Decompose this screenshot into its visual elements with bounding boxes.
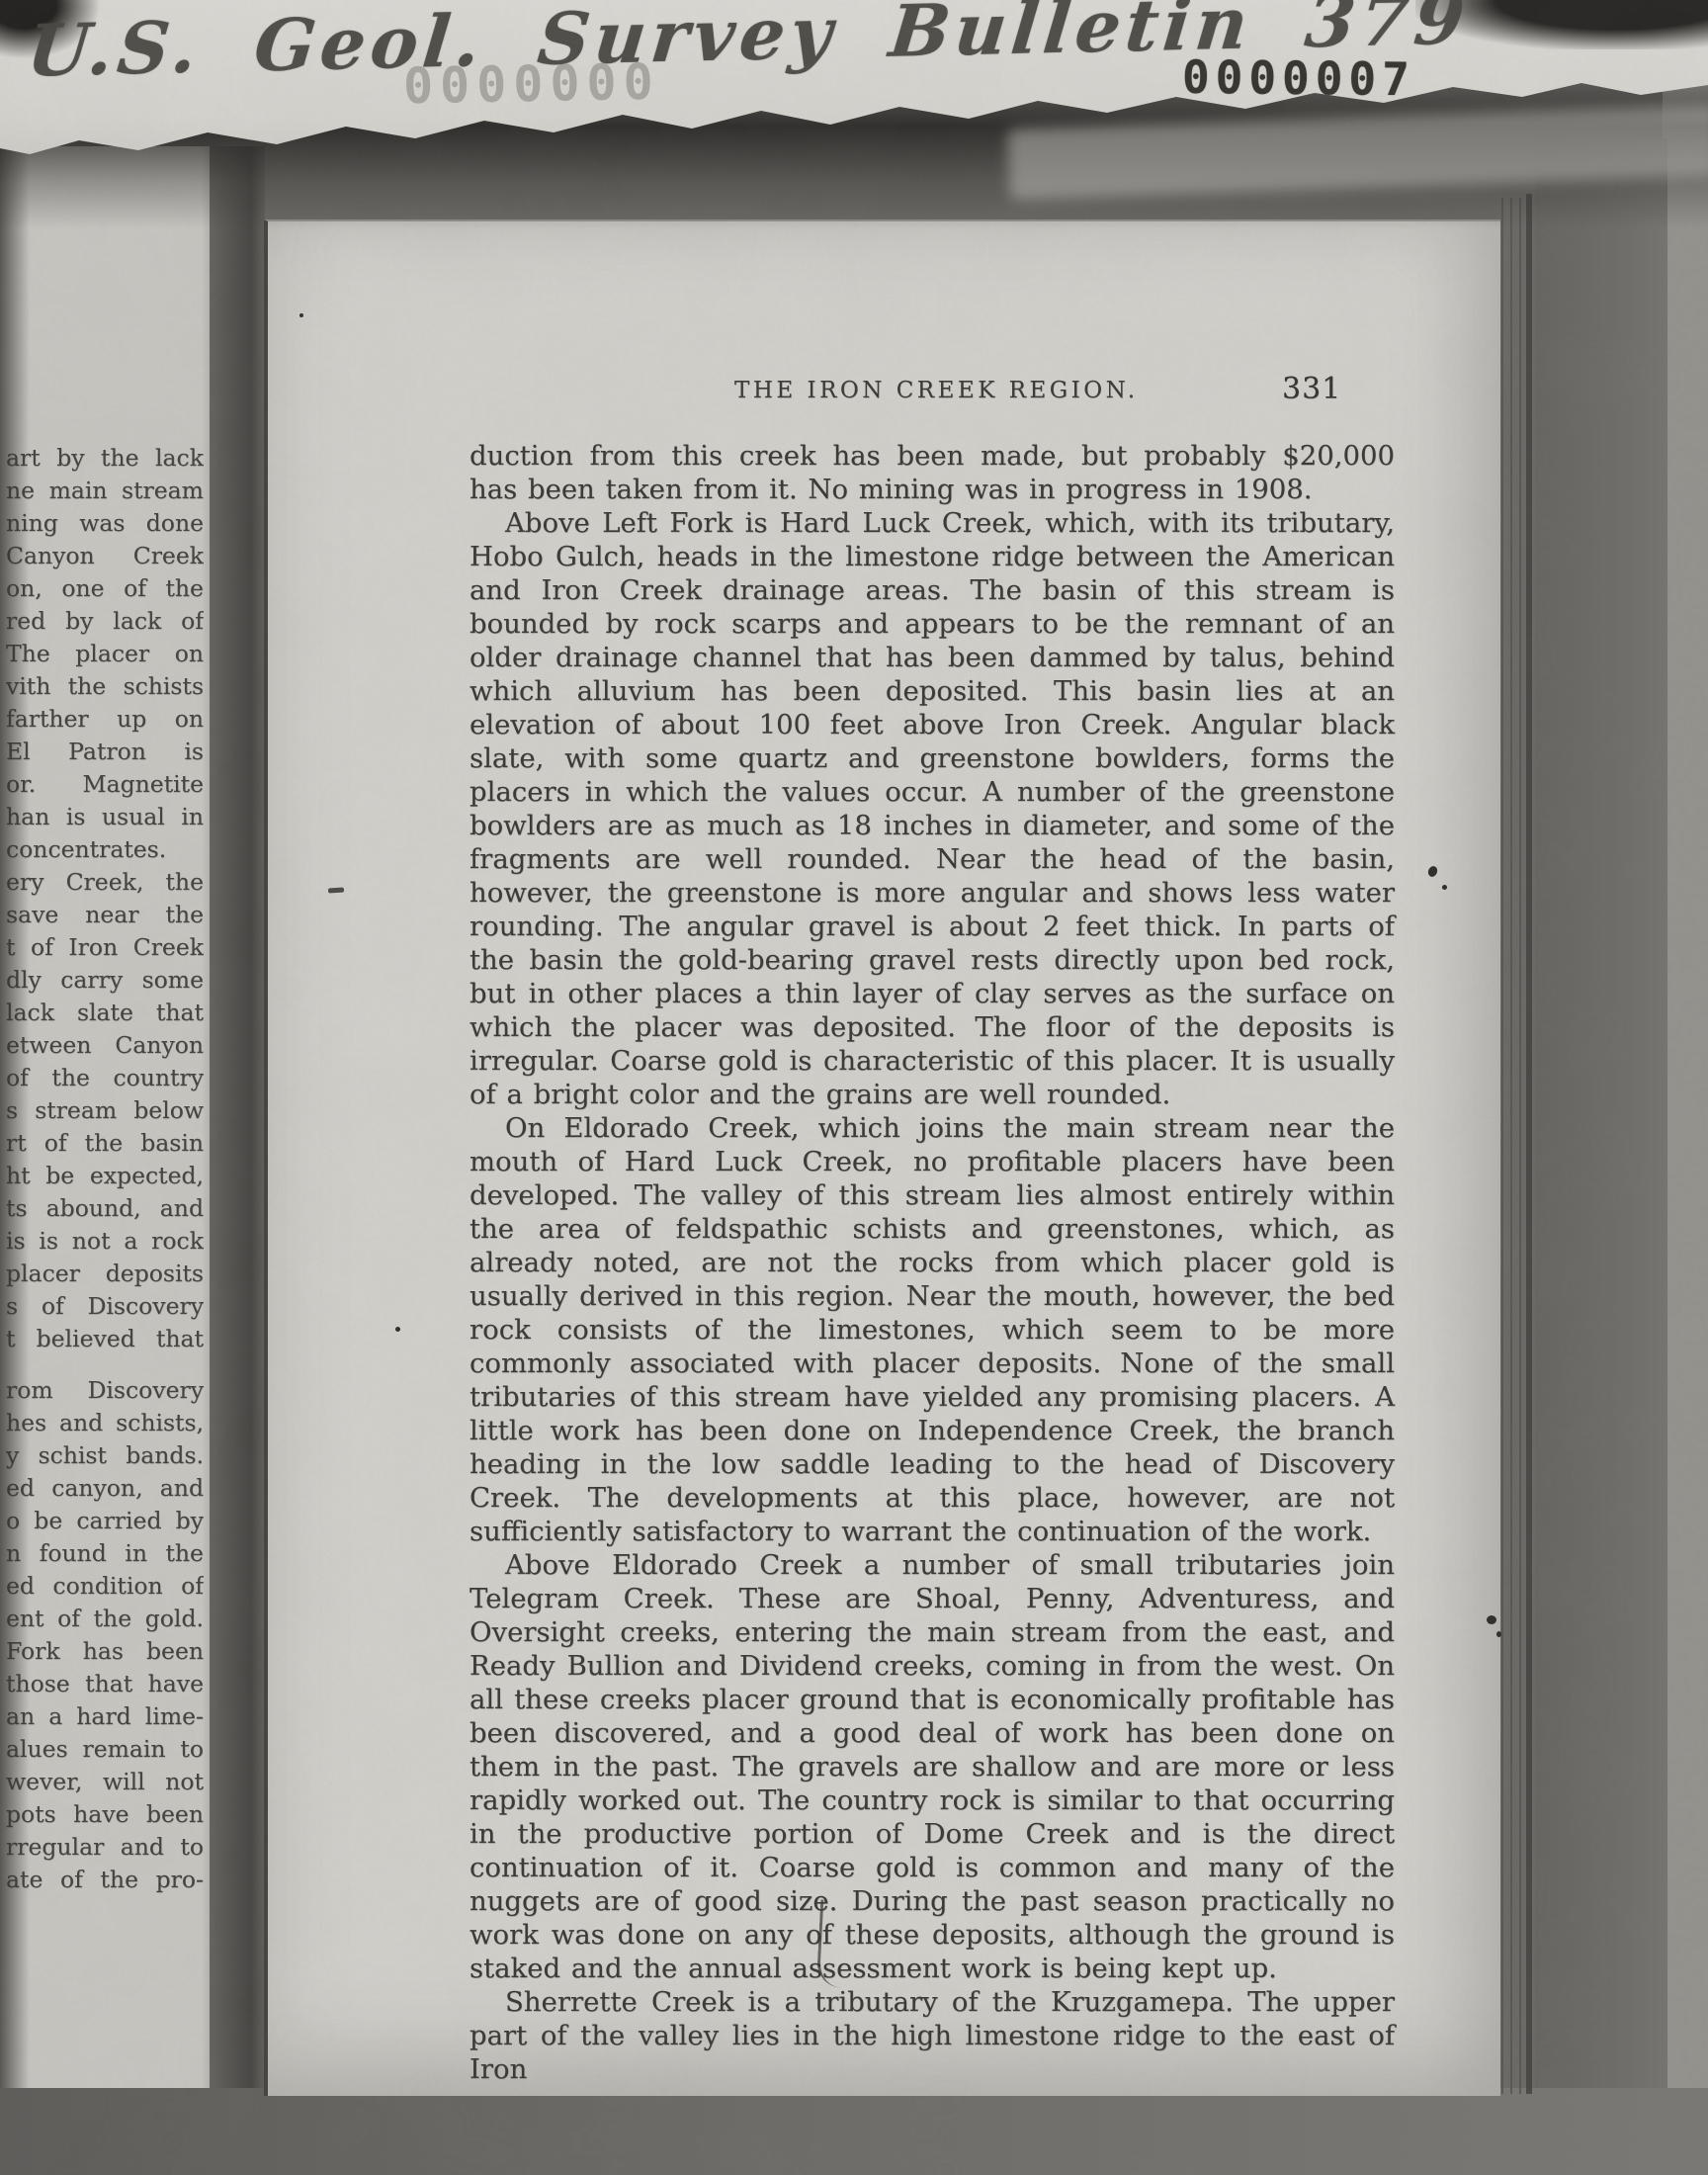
body-paragraph: Above Left Fork is Hard Luck Creek, whic… [470, 506, 1395, 1111]
clipped-text-line: concentrates. [6, 835, 204, 868]
ink-speck [1496, 1631, 1501, 1637]
clipped-text-line: rregularandto [6, 1833, 204, 1866]
clipped-text-line: anahardlime- [6, 1702, 204, 1735]
clipped-text-line: viththeschists [6, 672, 204, 705]
clipped-text-line: nfoundinthe [6, 1539, 204, 1572]
scan-hair-mark [816, 1899, 846, 1987]
stamp-number-faint: 0000000 [403, 53, 661, 116]
stamp-number: 0000007 [1182, 50, 1415, 106]
body-paragraph: On Eldorado Creek, which joins the main … [470, 1111, 1395, 1548]
clipped-text-line: dlycarrysome [6, 966, 204, 999]
clipped-text-line: edconditionof [6, 1572, 204, 1605]
page-stack-edge [1510, 198, 1512, 2094]
clipped-text-line: or.Magnetite [6, 770, 204, 803]
body-paragraph: Sherrette Creek is a tributary of the Kr… [470, 1985, 1395, 2086]
clipped-text-line: etweenCanyon [6, 1031, 204, 1064]
binding-shadow [202, 146, 265, 2088]
clipped-text-line: tbelievedthat [6, 1325, 204, 1357]
ink-speck [395, 1327, 400, 1332]
body-text: duction from this creek has been made, b… [470, 439, 1395, 2086]
clipped-text-line: thosethathave [6, 1670, 204, 1702]
clipped-text-line: wever,willnot [6, 1768, 204, 1800]
page-number: 331 [1282, 372, 1341, 406]
clipped-text-line: hesandschists, [6, 1409, 204, 1441]
clipped-text-line: artbythelack [6, 444, 204, 477]
clipped-text-line: CanyonCreek [6, 542, 204, 574]
clipped-text-line: rtofthebasin [6, 1129, 204, 1162]
clipped-text-line: savenearthe [6, 901, 204, 933]
adjacent-page-fragment: artbythelacknemainstreamningwasdoneCanyo… [0, 146, 210, 2088]
clipped-text-line: fartherupon [6, 705, 204, 738]
body-paragraph: duction from this creek has been made, b… [470, 439, 1395, 506]
clipped-text-line: on,oneofthe [6, 574, 204, 607]
page-stack-edge [1501, 198, 1503, 2094]
clipped-text-line [6, 1357, 204, 1376]
clipped-text-line: lackslatethat [6, 999, 204, 1031]
clipped-text-line: redbylackof [6, 607, 204, 640]
clipped-text-line: yschistbands. [6, 1441, 204, 1474]
book-edge-shadow [1535, 138, 1667, 2096]
clipped-text-line: eryCreek,the [6, 868, 204, 901]
clipped-text-line: obecarriedby [6, 1507, 204, 1539]
clipped-text-line: potshavebeen [6, 1800, 204, 1833]
torn-left-edge [0, 146, 30, 2088]
clipped-text-line: hanisusualin [6, 803, 204, 835]
page-stack-edge-heavy [1526, 194, 1532, 2094]
clipped-text-line: sofDiscovery [6, 1292, 204, 1325]
scan-right-margin [1663, 0, 1708, 2175]
ink-speck [299, 313, 303, 317]
scan-bottom-shadow [0, 2088, 1708, 2175]
body-paragraph: Above Eldorado Creek a number of small t… [470, 1548, 1395, 1985]
ink-speck [1487, 1615, 1496, 1624]
clipped-text-line: Theplaceron [6, 640, 204, 672]
ink-speck [1442, 885, 1447, 890]
clipped-text-line: Forkhasbeen [6, 1637, 204, 1670]
clipped-text-line: placerdeposits [6, 1260, 204, 1292]
clipped-text-line: tofIronCreek [6, 933, 204, 966]
clipped-text-line: romDiscovery [6, 1376, 204, 1409]
clipped-text-line: nemainstream [6, 477, 204, 509]
clipped-text-line: edcanyon,and [6, 1474, 204, 1507]
clipped-text-line: sstreambelow [6, 1096, 204, 1129]
clipped-text-line: htbeexpected, [6, 1162, 204, 1194]
clipped-text-line: isisnotarock [6, 1227, 204, 1260]
clipped-text-line: ningwasdone [6, 509, 204, 542]
clipped-text-line: ElPatronis [6, 738, 204, 770]
clipped-text-line: aluesremainto [6, 1735, 204, 1768]
clipped-text-line: tsabound,and [6, 1194, 204, 1227]
scanned-document-page: artbythelacknemainstreamningwasdoneCanyo… [0, 0, 1708, 2175]
running-header: THE IRON CREEK REGION. [734, 378, 1139, 403]
clipped-text-column: artbythelacknemainstreamningwasdoneCanyo… [6, 444, 204, 1898]
clipped-text-line: ofthecountry [6, 1064, 204, 1096]
clipped-text-line: entofthegold. [6, 1605, 204, 1637]
clipped-text-line: ateofthepro- [6, 1866, 204, 1898]
book-page: THE IRON CREEK REGION. 331 duction from … [264, 219, 1500, 2096]
page-stack-edge [1519, 198, 1521, 2094]
